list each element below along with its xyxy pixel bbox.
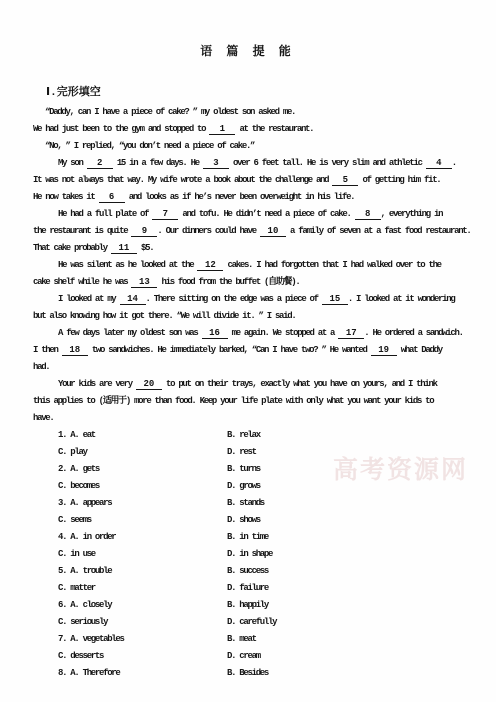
- option-d: D. cream: [227, 648, 260, 665]
- option-row: C. seemsD. shows: [58, 512, 496, 529]
- option-row: 2. A. getsB. turns: [58, 461, 496, 478]
- option-a: 8. A. Therefore: [58, 665, 227, 682]
- option-d: D. carefully: [227, 614, 276, 631]
- option-c: C. becomes: [58, 478, 227, 495]
- blank-5: 5: [332, 175, 358, 186]
- option-a: 7. A. vegetables: [58, 631, 227, 648]
- passage-line: He had a full plate of 7 and tofu. He di…: [33, 206, 496, 223]
- blank-15: 15: [322, 294, 348, 305]
- blank-10: 10: [260, 226, 286, 237]
- passage-line: It was not always that way. My wife wrot…: [33, 172, 496, 189]
- option-c: C. seriously: [58, 614, 227, 631]
- blank-17: 17: [338, 328, 364, 339]
- option-c: C. desserts: [58, 648, 227, 665]
- passage-line: had.: [33, 359, 496, 376]
- option-d: D. grows: [227, 478, 260, 495]
- options-list: 1. A. eatB. relaxC. playD. rest2. A. get…: [58, 427, 496, 682]
- option-row: C. seriouslyD. carefully: [58, 614, 496, 631]
- passage-line: Your kids are very 20 to put on their tr…: [33, 376, 496, 393]
- passage-line: cake shelf while he was 13 his food from…: [33, 274, 496, 291]
- option-b: B. success: [227, 563, 268, 580]
- option-b: B. Besides: [227, 665, 268, 682]
- option-row: 1. A. eatB. relax: [58, 427, 496, 444]
- blank-19: 19: [371, 345, 397, 356]
- passage-line: I looked at my 14. There sitting on the …: [33, 291, 496, 308]
- passage-line: He was silent as he looked at the 12 cak…: [33, 257, 496, 274]
- option-b: B. stands: [227, 495, 264, 512]
- option-a: 6. A. closely: [58, 597, 227, 614]
- option-c: C. play: [58, 444, 227, 461]
- option-c: C. in use: [58, 546, 227, 563]
- blank-18: 18: [62, 345, 88, 356]
- passage-line: That cake probably 11 $5.: [33, 240, 496, 257]
- option-b: B. meat: [227, 631, 256, 648]
- blank-12: 12: [197, 260, 223, 271]
- option-b: B. turns: [227, 461, 260, 478]
- option-b: B. happily: [227, 597, 268, 614]
- option-a: 5. A. trouble: [58, 563, 227, 580]
- worksheet-page: 语 篇 提 能 Ⅰ.完形填空 “Daddy, can I have a piec…: [0, 0, 496, 702]
- blank-11: 11: [111, 243, 137, 254]
- blank-16: 16: [202, 328, 228, 339]
- section-heading: Ⅰ.完形填空: [46, 83, 496, 99]
- blank-20: 20: [136, 379, 162, 390]
- passage-line: We had just been to the gym and stopped …: [33, 121, 496, 138]
- blank-8: 8: [355, 209, 381, 220]
- blank-4: 4: [426, 158, 452, 169]
- passage-line: the restaurant is quite 9. Our dinners c…: [33, 223, 496, 240]
- page-title: 语 篇 提 能: [0, 0, 496, 59]
- passage-line: A few days later my oldest son was 16 me…: [33, 325, 496, 342]
- blank-9: 9: [131, 226, 157, 237]
- option-d: D. failure: [227, 580, 268, 597]
- option-row: 7. A. vegetablesB. meat: [58, 631, 496, 648]
- blank-2: 2: [87, 158, 113, 169]
- blank-1: 1: [209, 124, 235, 135]
- passage-line: have.: [33, 410, 496, 427]
- option-row: 5. A. troubleB. success: [58, 563, 496, 580]
- passage-line: “Daddy, can I have a piece of cake? ” my…: [33, 104, 496, 121]
- blank-6: 6: [99, 192, 125, 203]
- option-row: 3. A. appearsB. stands: [58, 495, 496, 512]
- blank-3: 3: [203, 158, 229, 169]
- passage-line: but also knowing how it got there. “We w…: [33, 308, 496, 325]
- option-d: D. in shape: [227, 546, 272, 563]
- option-b: B. in time: [227, 529, 268, 546]
- option-row: C. becomesD. grows: [58, 478, 496, 495]
- option-row: 6. A. closelyB. happily: [58, 597, 496, 614]
- option-row: C. in useD. in shape: [58, 546, 496, 563]
- option-c: C. seems: [58, 512, 227, 529]
- option-row: 4. A. in orderB. in time: [58, 529, 496, 546]
- option-a: 4. A. in order: [58, 529, 227, 546]
- blank-7: 7: [152, 209, 178, 220]
- option-b: B. relax: [227, 427, 260, 444]
- option-c: C. matter: [58, 580, 227, 597]
- option-a: 3. A. appears: [58, 495, 227, 512]
- passage: “Daddy, can I have a piece of cake? ” my…: [33, 104, 496, 427]
- option-row: C. dessertsD. cream: [58, 648, 496, 665]
- option-d: D. rest: [227, 444, 256, 461]
- blank-14: 14: [120, 294, 146, 305]
- passage-line: I then 18 two sandwiches. He immediately…: [33, 342, 496, 359]
- option-row: C. playD. rest: [58, 444, 496, 461]
- passage-line: My son 2 15 in a few days. He 3 over 6 f…: [33, 155, 496, 172]
- option-a: 2. A. gets: [58, 461, 227, 478]
- passage-line: He now takes it 6 and looks as if he’s n…: [33, 189, 496, 206]
- option-row: C. matterD. failure: [58, 580, 496, 597]
- passage-line: “No, ” I replied, “you don’t need a piec…: [33, 138, 496, 155]
- option-d: D. shows: [227, 512, 260, 529]
- option-a: 1. A. eat: [58, 427, 227, 444]
- passage-line: this applies to (适用于) more than food. Ke…: [33, 393, 496, 410]
- blank-13: 13: [131, 277, 157, 288]
- option-row: 8. A. ThereforeB. Besides: [58, 665, 496, 682]
